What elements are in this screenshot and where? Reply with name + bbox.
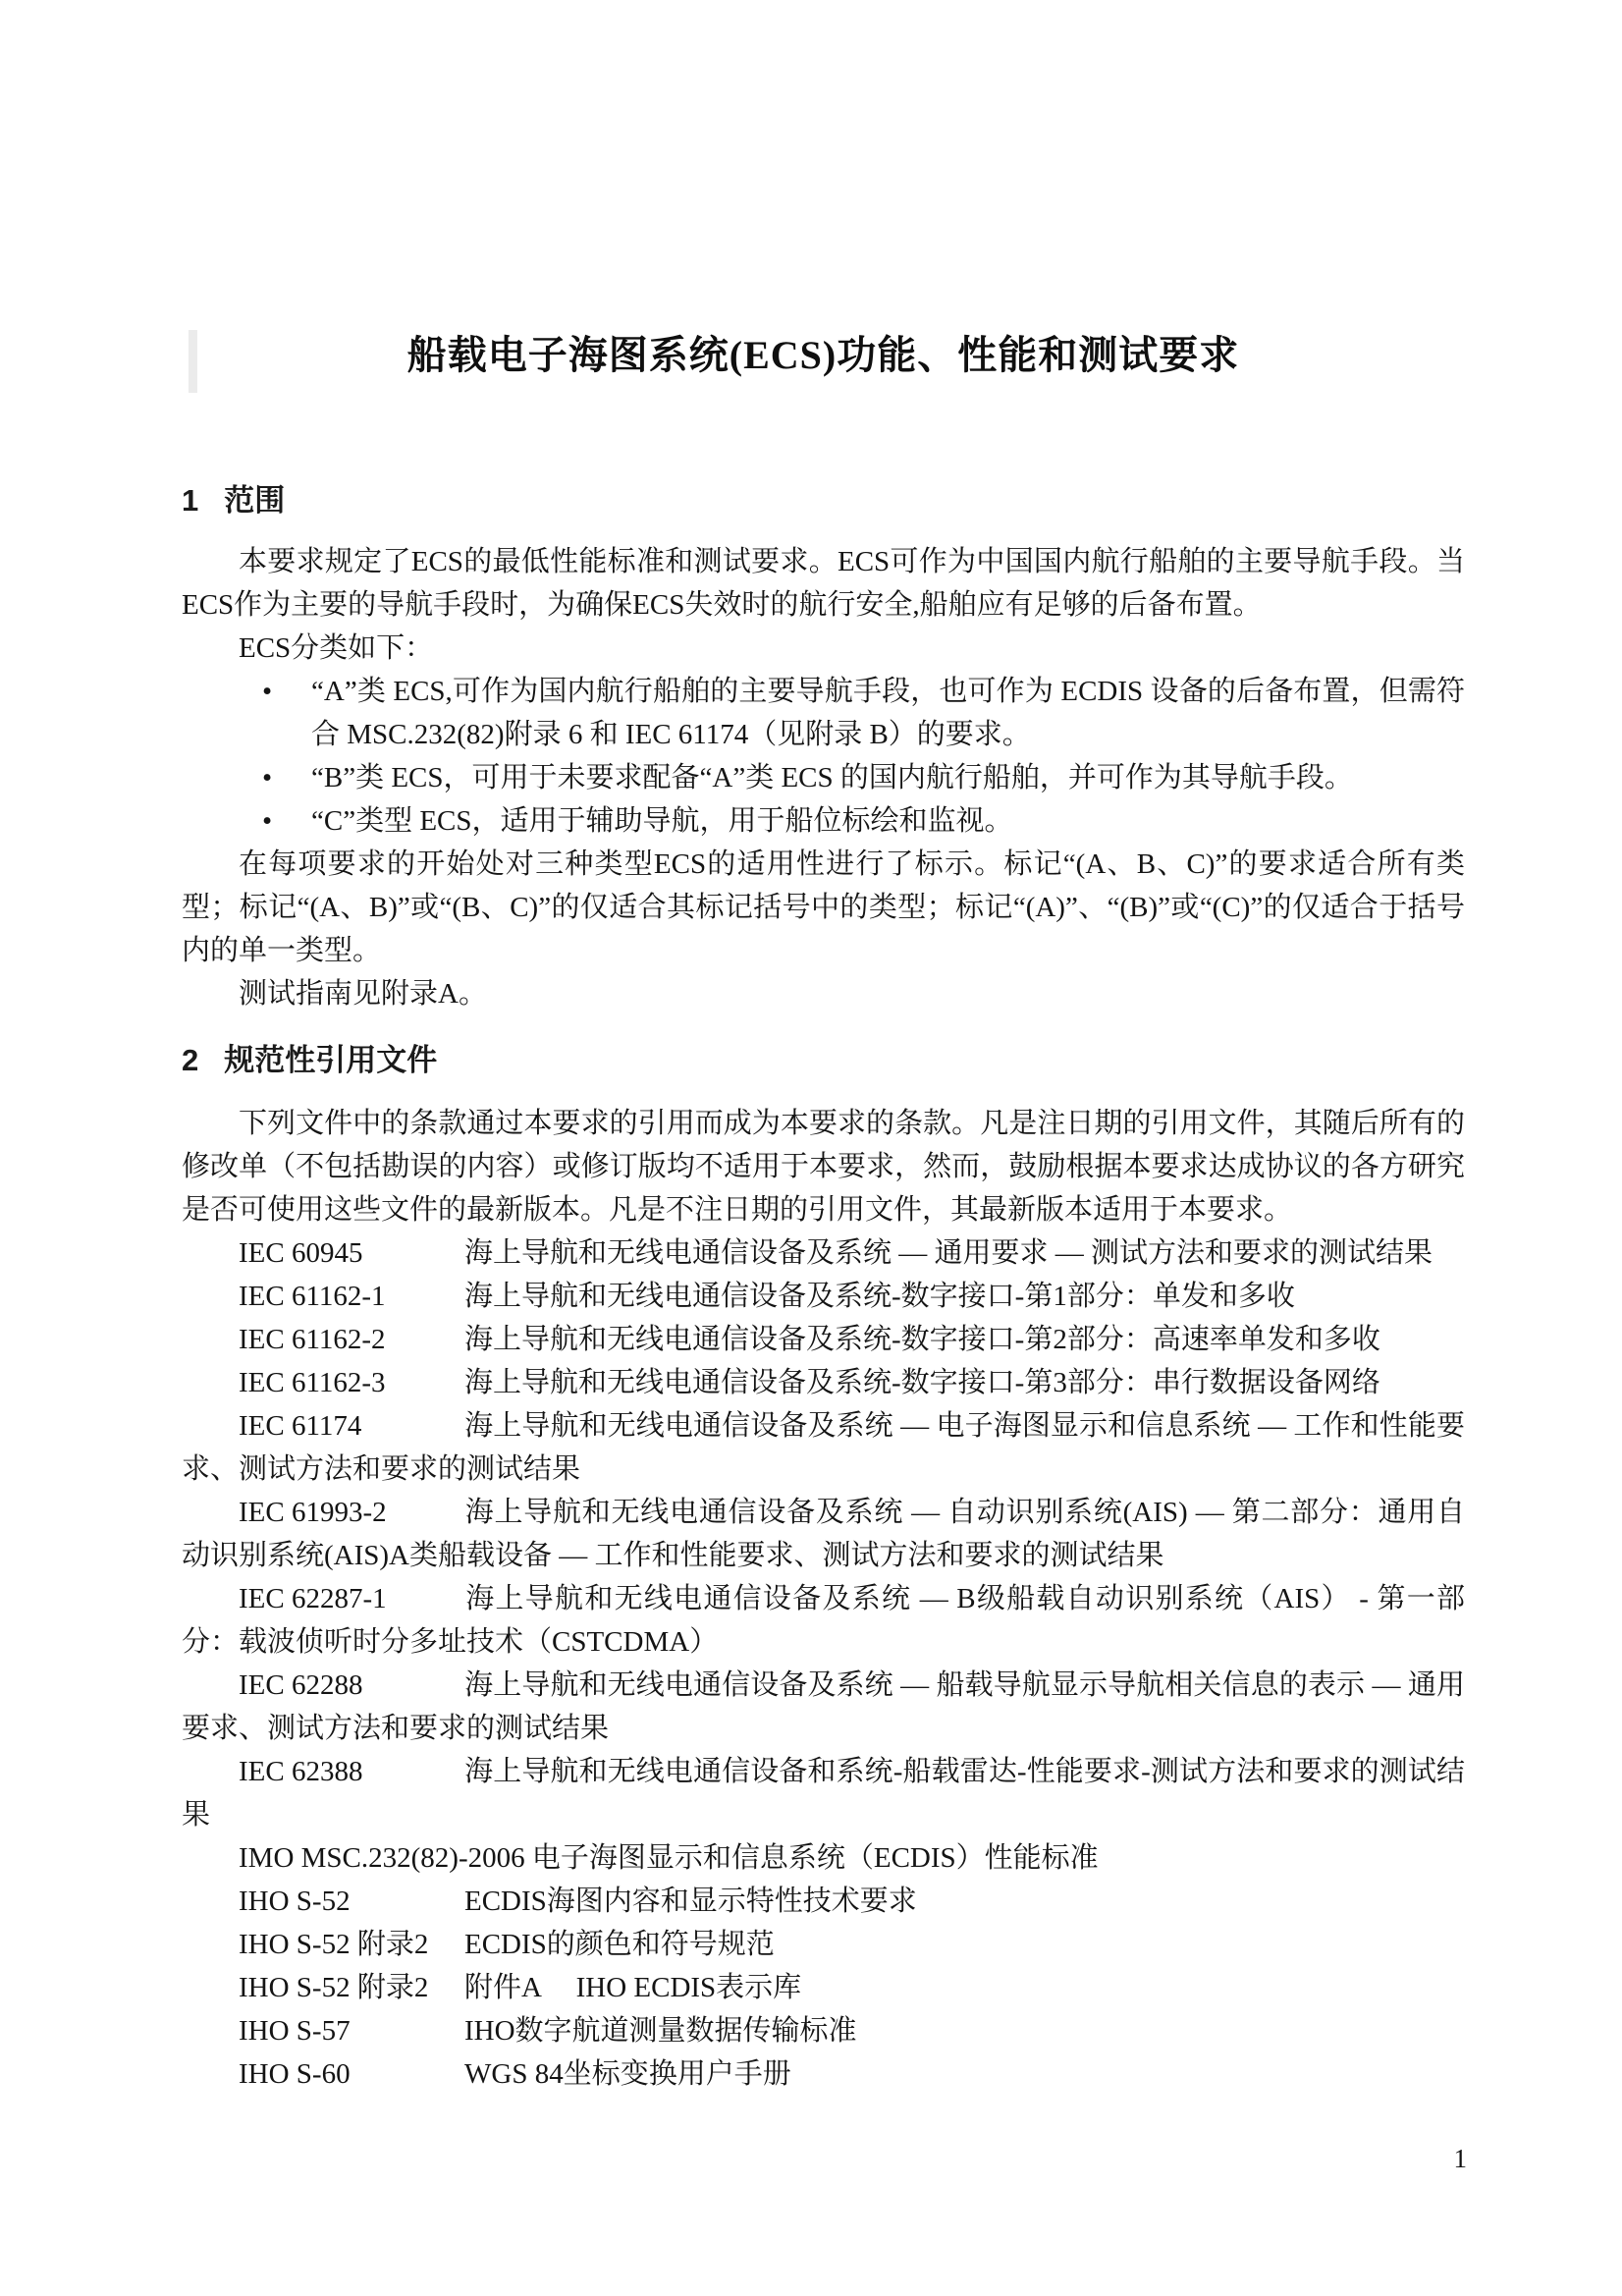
reference-label: IMO MSC.232(82)-2006 (239, 1836, 532, 1880)
section-1-paragraph-2: ECS分类如下： (182, 627, 1465, 670)
reference-description: ECDIS的颜色和符号规范 (464, 1929, 775, 1960)
reference-label: IHO S-52 (239, 1880, 464, 1923)
section-1-paragraph-4: 测试指南见附录A。 (182, 972, 1465, 1015)
list-item-text: “A”类 ECS,可作为国内航行船舶的主要导航手段，也可作为 ECDIS 设备的… (311, 676, 1465, 750)
section-2-heading-label: 规范性引用文件 (224, 1043, 437, 1077)
reference-label: IEC 61993-2 (239, 1491, 464, 1534)
bullet-icon: • (262, 799, 272, 843)
section-1-paragraph-1: 本要求规定了ECS的最低性能标准和测试要求。ECS可作为中国国内航行船舶的主要导… (182, 540, 1465, 627)
ecs-class-list: •“A”类 ECS,可作为国内航行船舶的主要导航手段，也可作为 ECDIS 设备… (182, 670, 1465, 843)
reference-row: IEC 61174海上导航和无线电通信设备及系统 — 电子海图显示和信息系统 —… (182, 1404, 1465, 1491)
section-2-number: 2 (182, 1039, 198, 1082)
reference-row: IEC 61162-3海上导航和无线电通信设备及系统-数字接口-第3部分：串行数… (182, 1361, 1465, 1404)
reference-row: IHO S-60WGS 84坐标变换用户手册 (182, 2052, 1465, 2096)
reference-label: IEC 61162-3 (239, 1361, 464, 1404)
section-1-number: 1 (182, 479, 198, 522)
section-2-heading: 2规范性引用文件 (182, 1039, 1465, 1082)
bullet-icon: • (262, 670, 272, 713)
reference-description: IHO数字航道测量数据传输标准 (464, 2015, 857, 2047)
section-1-heading: 1范围 (182, 479, 1465, 522)
document-page: 船载电子海图系统(ECS)功能、性能和测试要求 1范围 本要求规定了ECS的最低… (0, 0, 1622, 2296)
reference-row: IEC 62287-1海上导航和无线电通信设备及系统 — B级船载自动识别系统（… (182, 1577, 1465, 1664)
reference-list: IEC 60945海上导航和无线电通信设备及系统 — 通用要求 — 测试方法和要… (182, 1231, 1465, 2096)
list-item-text: “C”类型 ECS，适用于辅助导航，用于船位标绘和监视。 (311, 805, 1013, 837)
page-number: 1 (1454, 2143, 1468, 2174)
list-item-text: “B”类 ECS，可用于未要求配备“A”类 ECS 的国内航行船舶，并可作为其导… (311, 762, 1353, 793)
list-item: •“C”类型 ECS，适用于辅助导航，用于船位标绘和监视。 (182, 799, 1465, 843)
reference-label: IEC 62388 (239, 1750, 464, 1793)
reference-label: IEC 60945 (239, 1231, 464, 1275)
section-2-paragraph-1: 下列文件中的条款通过本要求的引用而成为本要求的条款。凡是注日期的引用文件，其随后… (182, 1102, 1465, 1231)
reference-row: IEC 61162-1海上导航和无线电通信设备及系统-数字接口-第1部分：单发和… (182, 1275, 1465, 1318)
reference-description: 海上导航和无线电通信设备及系统-数字接口-第2部分：高速率单发和多收 (464, 1324, 1380, 1355)
reference-label: IEC 62288 (239, 1664, 464, 1707)
reference-row: IEC 60945海上导航和无线电通信设备及系统 — 通用要求 — 测试方法和要… (182, 1231, 1465, 1275)
reference-row: IHO S-52 附录2 ECDIS的颜色和符号规范 (182, 1923, 1465, 1966)
reference-label: IEC 61162-2 (239, 1318, 464, 1361)
section-1-heading-label: 范围 (224, 483, 285, 518)
reference-description: 海上导航和无线电通信设备及系统-数字接口-第1部分：单发和多收 (464, 1281, 1295, 1312)
page-content: 船载电子海图系统(ECS)功能、性能和测试要求 1范围 本要求规定了ECS的最低… (182, 0, 1465, 2096)
reference-label: IEC 62287-1 (239, 1577, 464, 1620)
reference-row: IHO S-52 附录2 附件A IHO ECDIS表示库 (182, 1966, 1465, 2009)
reference-row: IEC 61993-2海上导航和无线电通信设备及系统 — 自动识别系统(AIS)… (182, 1491, 1465, 1577)
reference-row: IEC 61162-2海上导航和无线电通信设备及系统-数字接口-第2部分：高速率… (182, 1318, 1465, 1361)
reference-row: IMO MSC.232(82)-2006 电子海图显示和信息系统（ECDIS）性… (182, 1836, 1465, 1880)
reference-row: IEC 62288海上导航和无线电通信设备及系统 — 船载导航显示导航相关信息的… (182, 1664, 1465, 1750)
list-item: •“A”类 ECS,可作为国内航行船舶的主要导航手段，也可作为 ECDIS 设备… (182, 670, 1465, 756)
bullet-icon: • (262, 756, 272, 799)
section-1-paragraph-3: 在每项要求的开始处对三种类型ECS的适用性进行了标示。标记“(A、B、C)”的要… (182, 843, 1465, 972)
reference-label: IHO S-52 附录2 (239, 1966, 464, 2009)
reference-label: IEC 61162-1 (239, 1275, 464, 1318)
reference-label: IHO S-60 (239, 2052, 464, 2096)
reference-label: IHO S-52 附录2 (239, 1923, 464, 1966)
reference-row: IEC 62388海上导航和无线电通信设备和系统-船载雷达-性能要求-测试方法和… (182, 1750, 1465, 1836)
reference-row: IHO S-52ECDIS海图内容和显示特性技术要求 (182, 1880, 1465, 1923)
reference-description: 海上导航和无线电通信设备及系统 — 通用要求 — 测试方法和要求的测试结果 (464, 1237, 1433, 1269)
list-item: •“B”类 ECS，可用于未要求配备“A”类 ECS 的国内航行船舶，并可作为其… (182, 756, 1465, 799)
reference-description: WGS 84坐标变换用户手册 (464, 2058, 791, 2090)
reference-label: IHO S-57 (239, 2009, 464, 2052)
reference-description: 附件A IHO ECDIS表示库 (464, 1972, 801, 2003)
reference-row: IHO S-57IHO数字航道测量数据传输标准 (182, 2009, 1465, 2052)
document-title: 船载电子海图系统(ECS)功能、性能和测试要求 (182, 332, 1465, 379)
reference-description: 电子海图显示和信息系统（ECDIS）性能标准 (532, 1842, 1099, 1874)
reference-label: IEC 61174 (239, 1404, 464, 1448)
reference-description: 海上导航和无线电通信设备及系统-数字接口-第3部分：串行数据设备网络 (464, 1367, 1380, 1398)
reference-description: ECDIS海图内容和显示特性技术要求 (464, 1886, 917, 1917)
